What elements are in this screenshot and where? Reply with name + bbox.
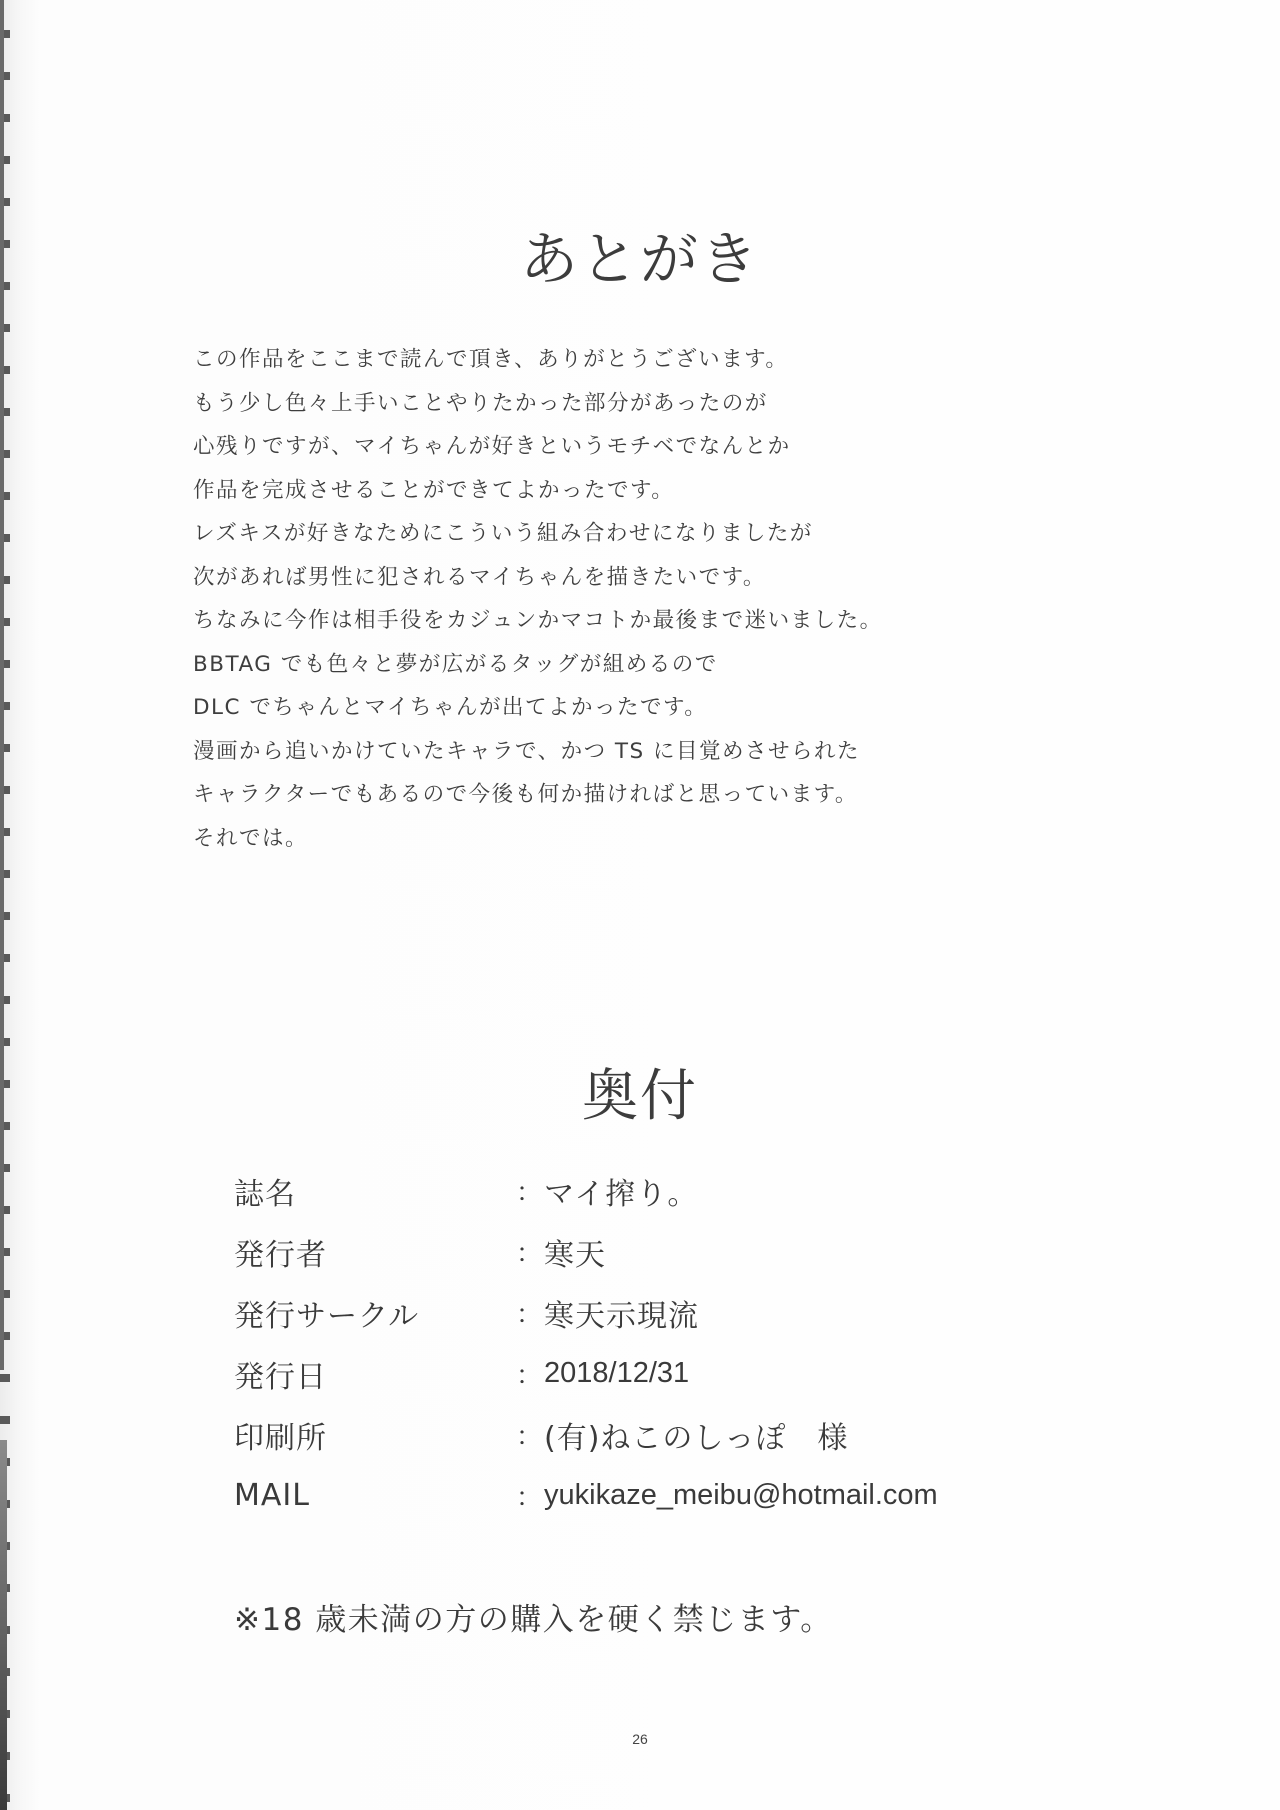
afterword-line: もう少し色々上手いことやりたかった部分があったのが [193,382,1093,426]
afterword-line: 漫画から追いかけていたキャラで、かつ TS に目覚めさせられた [193,730,1093,774]
afterword-line: BBTAG でも色々と夢が広がるタッグが組めるので [193,643,1093,687]
colophon-title: 奥付 [0,1052,1280,1132]
colophon-row-title: 誌名 ： マイ搾り。 [234,1160,1034,1221]
colophon-table: 誌名 ： マイ搾り。 発行者 ： 寒天 発行サークル ： 寒天示現流 発行日 ：… [234,1160,1034,1526]
binding-lower-shadow [0,1440,7,1810]
colophon-value: マイ搾り。 [544,1169,698,1213]
colophon-row-date: 発行日 ： 2018/12/31 [234,1343,1034,1404]
colophon-row-printer: 印刷所 ： (有)ねこのしっぽ 様 [234,1404,1034,1465]
colophon-label: 印刷所 [234,1413,516,1457]
scanned-page: あとがき この作品をここまで読んで頂き、ありがとうございます。 もう少し色々上手… [0,0,1280,1810]
colophon-separator: ： [516,1477,544,1514]
afterword-line: レズキスが好きなためにこういう組み合わせになりましたが [193,512,1093,556]
afterword-body: この作品をここまで読んで頂き、ありがとうございます。 もう少し色々上手いことやり… [193,338,1093,860]
colophon-value: 寒天 [544,1230,606,1274]
colophon-row-mail: MAIL ： yukikaze_meibu@hotmail.com [234,1465,1034,1526]
colophon-label: 誌名 [234,1169,516,1213]
colophon-row-publisher: 発行者 ： 寒天 [234,1221,1034,1282]
afterword-title: あとがき [0,212,1280,296]
colophon-separator: ： [516,1416,544,1453]
afterword-line: DLC でちゃんとマイちゃんが出てよかったです。 [193,686,1093,730]
colophon-label: 発行日 [234,1352,516,1396]
colophon-separator: ： [516,1233,544,1270]
colophon-separator: ： [516,1172,544,1209]
binding-spine [0,0,4,1370]
colophon-row-circle: 発行サークル ： 寒天示現流 [234,1282,1034,1343]
age-restriction-notice: ※18 歳未満の方の購入を硬く禁じます。 [234,1594,833,1639]
afterword-line: ちなみに今作は相手役をカジュンかマコトか最後まで迷いました。 [193,599,1093,643]
colophon-value: (有)ねこのしっぽ 様 [544,1413,848,1457]
afterword-line: この作品をここまで読んで頂き、ありがとうございます。 [193,338,1093,382]
page-number: 26 [0,1731,1280,1747]
colophon-email: yukikaze_meibu@hotmail.com [544,1479,938,1512]
colophon-separator: ： [516,1294,544,1331]
colophon-value: 2018/12/31 [544,1357,689,1390]
colophon-value: 寒天示現流 [544,1291,699,1335]
afterword-line: 作品を完成させることができてよかったです。 [193,469,1093,513]
afterword-line: それでは。 [193,817,1093,861]
colophon-separator: ： [516,1355,544,1392]
colophon-label: 発行サークル [234,1291,516,1335]
afterword-line: キャラクターでもあるので今後も何か描ければと思っています。 [193,773,1093,817]
colophon-label: 発行者 [234,1230,516,1274]
afterword-line: 心残りですが、マイちゃんが好きというモチベでなんとか [193,425,1093,469]
afterword-line: 次があれば男性に犯されるマイちゃんを描きたいです。 [193,556,1093,600]
colophon-label: MAIL [234,1478,516,1513]
